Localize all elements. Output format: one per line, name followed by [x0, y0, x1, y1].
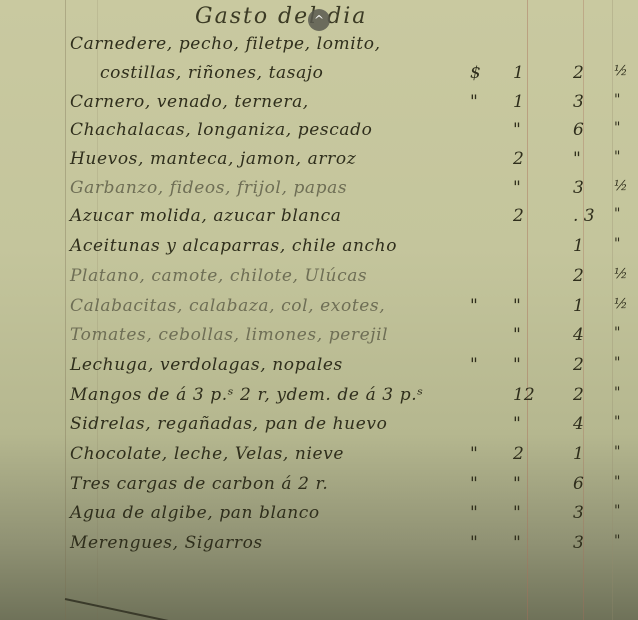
amount-a: "	[470, 533, 478, 553]
amount-a: "	[470, 92, 478, 112]
item-text: Tomates, cebollas, limones, perejil	[70, 325, 388, 345]
ledger-row: Azucar molida, azucar blanca2. 3"	[0, 206, 638, 232]
ledger-row: Mangos de á 3 p.ˢ 2 r, ydem. de á 3 p.ˢ1…	[0, 385, 638, 411]
ledger-row: Carnedere, pecho, filetpe, lomito,	[0, 34, 638, 60]
amount-b: 2	[513, 206, 524, 226]
closing-pen-stroke	[65, 598, 183, 620]
amount-b: "	[513, 414, 521, 434]
item-text: Agua de algibe, pan blanco	[70, 503, 320, 523]
item-text: Mangos de á 3 p.ˢ 2 r, ydem. de á 3 p.ˢ	[70, 385, 424, 405]
amount-c: 4	[573, 414, 584, 434]
ledger-row: Tomates, cebollas, limones, perejil"4"	[0, 325, 638, 351]
ledger-row: costillas, riñones, tasajo$12½	[0, 63, 638, 89]
ledger-row: Merengues, Sigarros""3"	[0, 533, 638, 559]
amount-d: "	[614, 149, 620, 165]
item-text: Lechuga, verdolagas, nopales	[70, 355, 343, 375]
item-text: Huevos, manteca, jamon, arroz	[70, 149, 356, 169]
amount-c: 4	[573, 325, 584, 345]
amount-d: "	[614, 474, 620, 490]
ledger-row: Calabacitas, calabaza, col, exotes,""1½	[0, 296, 638, 322]
amount-a: "	[470, 474, 478, 494]
item-text: Carnedere, pecho, filetpe, lomito,	[70, 34, 381, 54]
amount-d: "	[614, 325, 620, 341]
amount-c: 2	[573, 385, 584, 405]
amount-c: 2	[573, 63, 584, 83]
item-text: Aceitunas y alcaparras, chile ancho	[70, 236, 397, 256]
amount-b: "	[513, 120, 521, 140]
amount-c: 1	[573, 296, 584, 316]
amount-b: "	[513, 325, 521, 345]
amount-c: 6	[573, 474, 584, 494]
ledger-row: Garbanzo, fideos, frijol, papas"3½	[0, 178, 638, 204]
amount-b: 1	[513, 92, 524, 112]
amount-d: "	[614, 533, 620, 549]
amount-d: ½	[614, 296, 628, 312]
amount-d: "	[614, 92, 620, 108]
amount-b: 1	[513, 63, 524, 83]
item-text: Platano, camote, chilote, Ulúcas	[70, 266, 367, 286]
amount-d: "	[614, 206, 620, 222]
item-text: Garbanzo, fideos, frijol, papas	[70, 178, 347, 198]
item-text: Chachalacas, longaniza, pescado	[70, 120, 372, 140]
amount-d: ½	[614, 266, 628, 282]
scroll-up-button[interactable]: ^	[308, 9, 330, 31]
item-text: costillas, riñones, tasajo	[100, 63, 324, 83]
amount-a: "	[470, 296, 478, 316]
ledger-row: Chocolate, leche, Velas, nieve"21"	[0, 444, 638, 470]
amount-d: "	[614, 120, 620, 136]
amount-c: . 3	[573, 206, 595, 226]
amount-a: "	[470, 503, 478, 523]
amount-c: 2	[573, 355, 584, 375]
item-text: Sidrelas, regañadas, pan de huevo	[70, 414, 387, 434]
amount-c: 1	[573, 236, 584, 256]
amount-a: $	[470, 63, 481, 83]
amount-c: 1	[573, 444, 584, 464]
ledger-row: Aceitunas y alcaparras, chile ancho1"	[0, 236, 638, 262]
amount-d: "	[614, 385, 620, 401]
amount-c: 2	[573, 266, 584, 286]
amount-b: "	[513, 533, 521, 553]
amount-d: ½	[614, 63, 628, 79]
amount-d: "	[614, 444, 620, 460]
amount-a: "	[470, 355, 478, 375]
item-text: Calabacitas, calabaza, col, exotes,	[70, 296, 385, 316]
amount-b: "	[513, 474, 521, 494]
ledger-row: Tres cargas de carbon á 2 r.""6"	[0, 474, 638, 500]
amount-d: "	[614, 414, 620, 430]
ledger-row: Lechuga, verdolagas, nopales""2"	[0, 355, 638, 381]
amount-b: "	[513, 503, 521, 523]
ledger-row: Sidrelas, regañadas, pan de huevo"4"	[0, 414, 638, 440]
amount-b: 2	[513, 149, 524, 169]
amount-c: 3	[573, 92, 584, 112]
ledger-row: Carnero, venado, ternera,"13"	[0, 92, 638, 118]
amount-d: "	[614, 355, 620, 371]
amount-b: "	[513, 355, 521, 375]
item-text: Tres cargas de carbon á 2 r.	[70, 474, 328, 494]
amount-d: "	[614, 503, 620, 519]
amount-d: ½	[614, 178, 628, 194]
amount-b: "	[513, 178, 521, 198]
ledger-page: Gasto del dia ^ Carnedere, pecho, filetp…	[0, 0, 638, 620]
item-text: Merengues, Sigarros	[70, 533, 263, 553]
page-title: Gasto del dia	[195, 4, 367, 29]
amount-c: 6	[573, 120, 584, 140]
item-text: Carnero, venado, ternera,	[70, 92, 309, 112]
amount-a: "	[470, 444, 478, 464]
amount-b: "	[513, 296, 521, 316]
item-text: Chocolate, leche, Velas, nieve	[70, 444, 344, 464]
ledger-row: Huevos, manteca, jamon, arroz2""	[0, 149, 638, 175]
ledger-row: Platano, camote, chilote, Ulúcas2½	[0, 266, 638, 292]
ledger-row: Chachalacas, longaniza, pescado"6"	[0, 120, 638, 146]
ledger-row: Agua de algibe, pan blanco""3"	[0, 503, 638, 529]
amount-c: 3	[573, 178, 584, 198]
amount-c: 3	[573, 533, 584, 553]
amount-c: "	[573, 149, 581, 169]
amount-d: "	[614, 236, 620, 252]
amount-c: 3	[573, 503, 584, 523]
amount-b: 2	[513, 444, 524, 464]
amount-b: 12	[513, 385, 535, 405]
item-text: Azucar molida, azucar blanca	[70, 206, 342, 226]
